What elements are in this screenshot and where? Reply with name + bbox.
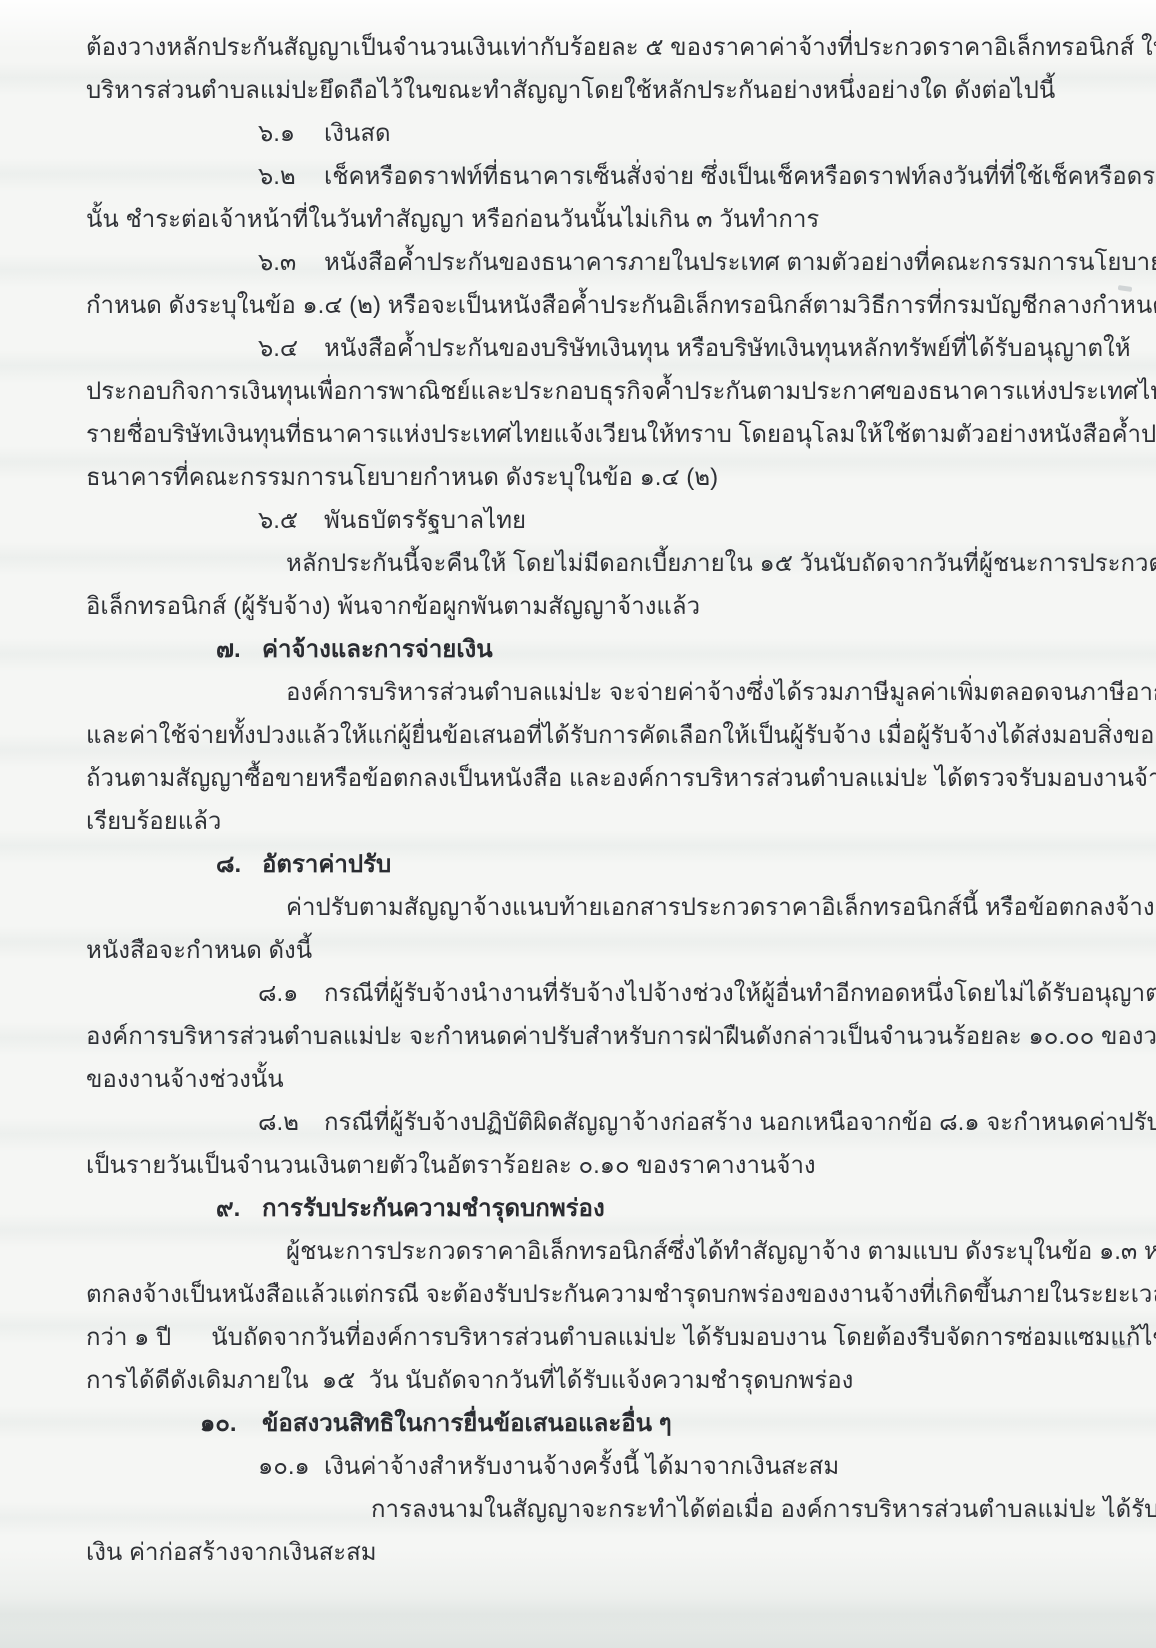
document-line: ๑๐.ข้อสงวนสิทธิในการยื่นข้อเสนอและอื่น ๆ <box>86 1402 1096 1445</box>
line-text: ธนาคารที่คณะกรรมการนโยบายกำหนด ดังระบุใน… <box>86 464 718 491</box>
document-line: ๘.๒กรณีที่ผู้รับจ้างปฏิบัติผิดสัญญาจ้างก… <box>86 1101 1096 1144</box>
document-line: ต้องวางหลักประกันสัญญาเป็นจำนวนเงินเท่าก… <box>86 26 1096 69</box>
document-line: เงิน ค่าก่อสร้างจากเงินสะสม <box>86 1531 1096 1574</box>
line-text: ข้อสงวนสิทธิในการยื่นข้อเสนอและอื่น ๆ <box>262 1410 672 1437</box>
line-text: ถ้วนตามสัญญาซื้อขายหรือข้อตกลงเป็นหนังสื… <box>86 765 1156 792</box>
clause-number: ๘.๑ <box>258 972 324 1015</box>
clause-number: ๘.๒ <box>258 1101 324 1144</box>
line-text: หนังสือจะกำหนด ดังนี้ <box>86 937 312 964</box>
clause-number: ๖.๔ <box>258 327 324 370</box>
line-text: ของงานจ้างช่วงนั้น <box>86 1066 284 1093</box>
line-text: กรณีที่ผู้รับจ้างปฏิบัติผิดสัญญาจ้างก่อส… <box>324 1109 1156 1136</box>
document-line: การลงนามในสัญญาจะกระทำได้ต่อเมื่อ องค์กา… <box>86 1488 1096 1531</box>
document-line: ๘.๑กรณีที่ผู้รับจ้างนำงานที่รับจ้างไปจ้า… <box>86 972 1096 1015</box>
clause-number: ๘. <box>216 843 262 886</box>
line-text: พันธบัตรรัฐบาลไทย <box>324 507 526 534</box>
document-line: รายชื่อบริษัทเงินทุนที่ธนาคารแห่งประเทศไ… <box>86 413 1096 456</box>
line-text: กำหนด ดังระบุในข้อ ๑.๔ (๒) หรือจะเป็นหนั… <box>86 292 1156 319</box>
line-text: หนังสือค้ำประกันของธนาคารภายในประเทศ ตาม… <box>324 249 1156 276</box>
document-line: ๑๐.๑เงินค่าจ้างสำหรับงานจ้างครั้งนี้ ได้… <box>86 1445 1096 1488</box>
line-text: องค์การบริหารส่วนตำบลแม่ปะ จะจ่ายค่าจ้าง… <box>286 679 1156 706</box>
clause-number: ๖.๓ <box>258 241 324 284</box>
line-text: การได้ดีดังเดิมภายใน ๑๕ วัน นับถัดจากวัน… <box>86 1367 853 1394</box>
line-text: เงินสด <box>324 120 391 147</box>
document-line: ค่าปรับตามสัญญาจ้างแนบท้ายเอกสารประกวดรา… <box>86 886 1096 929</box>
line-text: กว่า ๑ ปี นับถัดจากวันที่องค์การบริหารส่… <box>86 1324 1156 1351</box>
document-line: นั้น ชำระต่อเจ้าหน้าที่ในวันทำสัญญา หรือ… <box>86 198 1096 241</box>
line-text: กรณีที่ผู้รับจ้างนำงานที่รับจ้างไปจ้างช่… <box>324 980 1156 1007</box>
document-line: กำหนด ดังระบุในข้อ ๑.๔ (๒) หรือจะเป็นหนั… <box>86 284 1096 327</box>
document-line: หนังสือจะกำหนด ดังนี้ <box>86 929 1096 972</box>
clause-number: ๑๐.๑ <box>258 1445 324 1488</box>
document-line: เป็นรายวันเป็นจำนวนเงินตายตัวในอัตราร้อย… <box>86 1144 1096 1187</box>
line-text: เงินค่าจ้างสำหรับงานจ้างครั้งนี้ ได้มาจา… <box>324 1453 839 1480</box>
clause-number: ๗. <box>216 628 262 671</box>
line-text: เป็นรายวันเป็นจำนวนเงินตายตัวในอัตราร้อย… <box>86 1152 816 1179</box>
document-line: ๗.ค่าจ้างและการจ่ายเงิน <box>86 628 1096 671</box>
document-line: และค่าใช้จ่ายทั้งปวงแล้วให้แก่ผู้ยื่นข้อ… <box>86 714 1096 757</box>
document-line: ๖.๑เงินสด <box>86 112 1096 155</box>
document-line: กว่า ๑ ปี นับถัดจากวันที่องค์การบริหารส่… <box>86 1316 1096 1359</box>
line-text: นั้น ชำระต่อเจ้าหน้าที่ในวันทำสัญญา หรือ… <box>86 206 819 233</box>
line-text: ค่าจ้างและการจ่ายเงิน <box>262 636 493 663</box>
clause-number: ๖.๕ <box>258 499 324 542</box>
document-line: ประกอบกิจการเงินทุนเพื่อการพาณิชย์และประ… <box>86 370 1096 413</box>
line-text: เรียบร้อยแล้ว <box>86 808 221 835</box>
document-line: องค์การบริหารส่วนตำบลแม่ปะ จะจ่ายค่าจ้าง… <box>86 671 1096 714</box>
clause-number: ๙. <box>216 1187 262 1230</box>
line-text: เงิน ค่าก่อสร้างจากเงินสะสม <box>86 1539 377 1566</box>
line-text: องค์การบริหารส่วนตำบลแม่ปะ จะกำหนดค่าปรั… <box>86 1023 1156 1050</box>
document-line: อิเล็กทรอนิกส์ (ผู้รับจ้าง) พ้นจากข้อผูก… <box>86 585 1096 628</box>
document-line: ๖.๕พันธบัตรรัฐบาลไทย <box>86 499 1096 542</box>
document-line: ๖.๔หนังสือค้ำประกันของบริษัทเงินทุน หรือ… <box>86 327 1096 370</box>
document-line: ของงานจ้างช่วงนั้น <box>86 1058 1096 1101</box>
line-text: บริหารส่วนตำบลแม่ปะยึดถือไว้ในขณะทำสัญญา… <box>86 77 1055 104</box>
document-line: การได้ดีดังเดิมภายใน ๑๕ วัน นับถัดจากวัน… <box>86 1359 1096 1402</box>
line-text: และค่าใช้จ่ายทั้งปวงแล้วให้แก่ผู้ยื่นข้อ… <box>86 722 1156 749</box>
document-line: หลักประกันนี้จะคืนให้ โดยไม่มีดอกเบี้ยภา… <box>86 542 1096 585</box>
document-line: ผู้ชนะการประกวดราคาอิเล็กทรอนิกส์ซึ่งได้… <box>86 1230 1096 1273</box>
document-line: องค์การบริหารส่วนตำบลแม่ปะ จะกำหนดค่าปรั… <box>86 1015 1096 1058</box>
line-text: รายชื่อบริษัทเงินทุนที่ธนาคารแห่งประเทศไ… <box>86 421 1156 448</box>
line-text: เช็คหรือดราฟท์ที่ธนาคารเซ็นสั่งจ่าย ซึ่ง… <box>324 163 1156 190</box>
line-text: การลงนามในสัญญาจะกระทำได้ต่อเมื่อ องค์กา… <box>371 1496 1156 1523</box>
document-body: ต้องวางหลักประกันสัญญาเป็นจำนวนเงินเท่าก… <box>86 26 1096 1574</box>
document-line: เรียบร้อยแล้ว <box>86 800 1096 843</box>
document-line: บริหารส่วนตำบลแม่ปะยึดถือไว้ในขณะทำสัญญา… <box>86 69 1096 112</box>
document-line: ธนาคารที่คณะกรรมการนโยบายกำหนด ดังระบุใน… <box>86 456 1096 499</box>
clause-number: ๖.๑ <box>258 112 324 155</box>
line-text: อิเล็กทรอนิกส์ (ผู้รับจ้าง) พ้นจากข้อผูก… <box>86 593 700 620</box>
clause-number: ๖.๒ <box>258 155 324 198</box>
document-line: ตกลงจ้างเป็นหนังสือแล้วแต่กรณี จะต้องรับ… <box>86 1273 1096 1316</box>
line-text: ต้องวางหลักประกันสัญญาเป็นจำนวนเงินเท่าก… <box>86 34 1156 61</box>
line-text: ตกลงจ้างเป็นหนังสือแล้วแต่กรณี จะต้องรับ… <box>86 1281 1156 1308</box>
line-text: ผู้ชนะการประกวดราคาอิเล็กทรอนิกส์ซึ่งได้… <box>286 1238 1156 1265</box>
line-text: หลักประกันนี้จะคืนให้ โดยไม่มีดอกเบี้ยภา… <box>286 550 1156 577</box>
line-text: การรับประกันความชำรุดบกพร่อง <box>262 1195 605 1222</box>
document-line: ๙.การรับประกันความชำรุดบกพร่อง <box>86 1187 1096 1230</box>
line-text: อัตราค่าปรับ <box>262 851 391 878</box>
document-line: ๖.๓หนังสือค้ำประกันของธนาคารภายในประเทศ … <box>86 241 1096 284</box>
line-text: หนังสือค้ำประกันของบริษัทเงินทุน หรือบริ… <box>324 335 1131 362</box>
line-text: ค่าปรับตามสัญญาจ้างแนบท้ายเอกสารประกวดรา… <box>286 894 1156 921</box>
clause-number: ๑๐. <box>200 1402 262 1445</box>
document-line: ๖.๒เช็คหรือดราฟท์ที่ธนาคารเซ็นสั่งจ่าย ซ… <box>86 155 1096 198</box>
document-line: ๘.อัตราค่าปรับ <box>86 843 1096 886</box>
line-text: ประกอบกิจการเงินทุนเพื่อการพาณิชย์และประ… <box>86 378 1156 405</box>
document-line: ถ้วนตามสัญญาซื้อขายหรือข้อตกลงเป็นหนังสื… <box>86 757 1096 800</box>
